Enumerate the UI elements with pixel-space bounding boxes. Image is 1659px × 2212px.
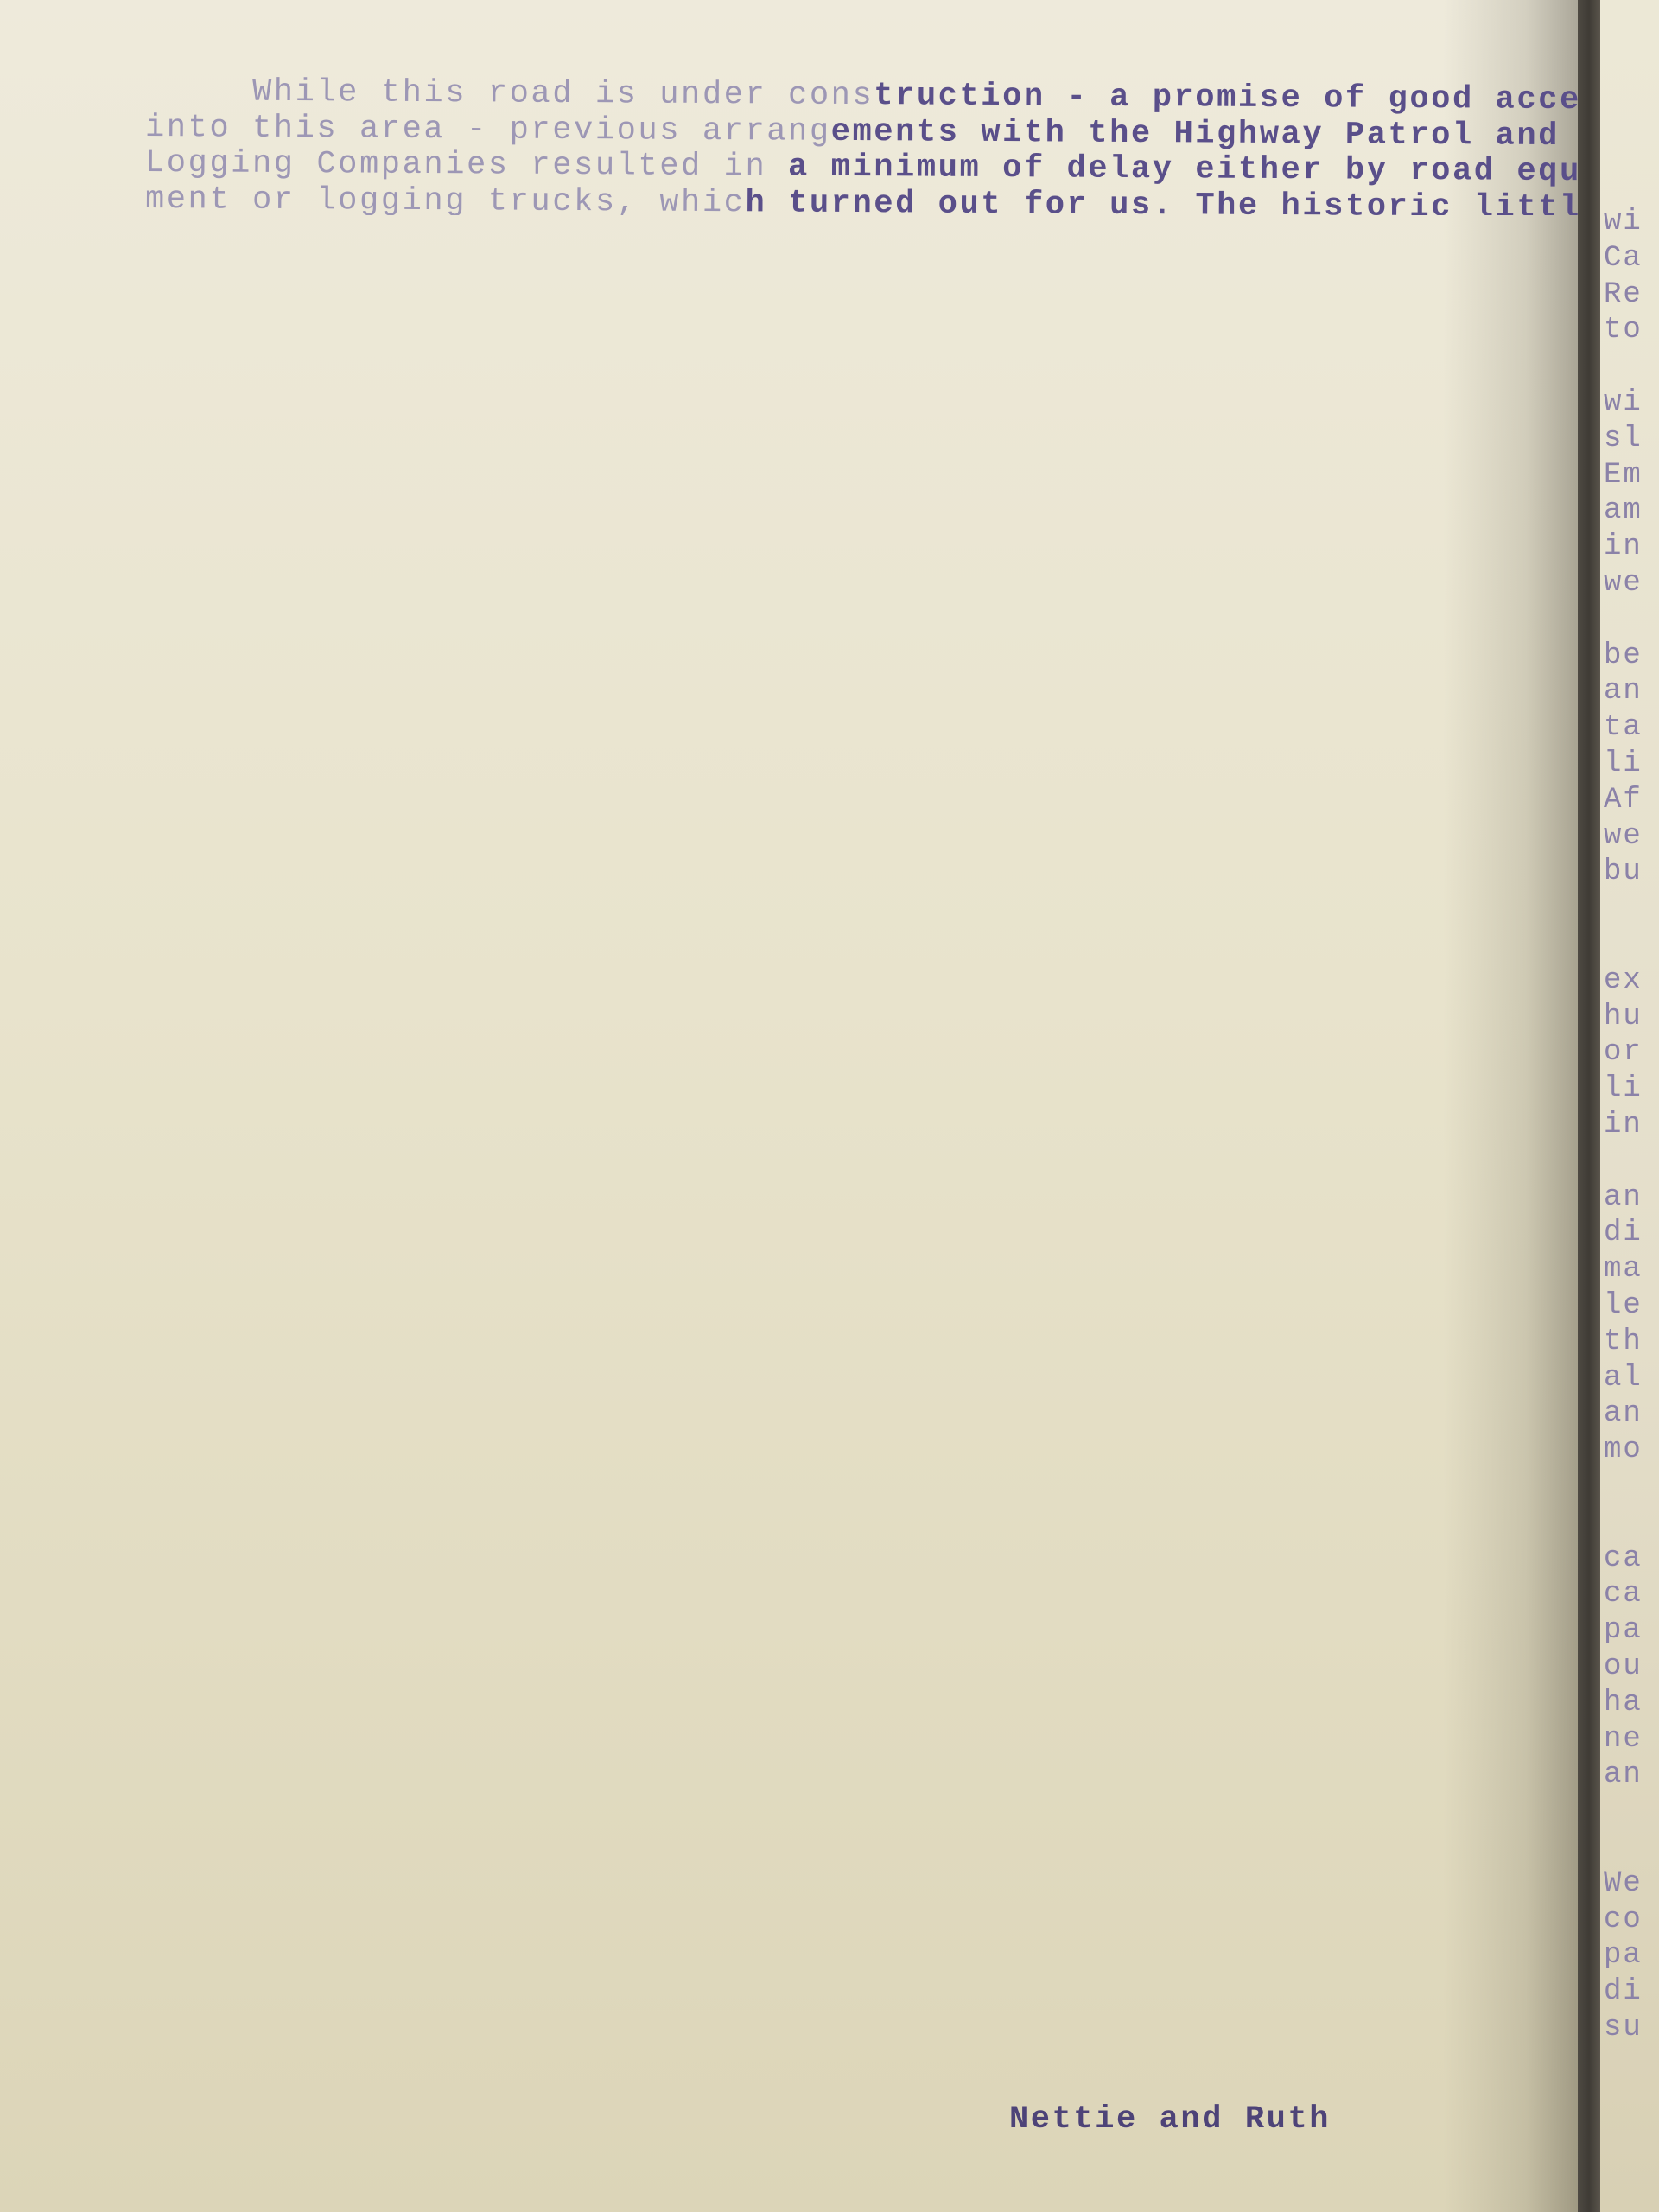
adjacent-page-line: be: [1604, 639, 1643, 672]
paragraph-road-construction: While this road is under construction - …: [145, 74, 1581, 215]
adjacent-page-line: Af: [1604, 784, 1643, 817]
adjacent-page-line: di: [1604, 1975, 1643, 2008]
adjacent-page-line: ma: [1604, 1253, 1643, 1286]
adjacent-page-line: hu: [1604, 1001, 1643, 1033]
adjacent-page-line: am: [1604, 494, 1643, 527]
adjacent-page-line: an: [1604, 1181, 1643, 1214]
signature: Nettie and Ruth: [1009, 2101, 1331, 2138]
document-body: While this road is under construction - …: [0, 0, 1581, 215]
adjacent-page-line: an: [1604, 1397, 1643, 1430]
adjacent-page-line: mo: [1604, 1433, 1643, 1466]
adjacent-page-line: an: [1604, 675, 1643, 708]
adjacent-page-line: di: [1604, 1217, 1643, 1249]
adjacent-page-line: ha: [1604, 1687, 1643, 1719]
page-gutter-fold: [1578, 0, 1600, 2212]
adjacent-page-line: we: [1604, 567, 1643, 600]
adjacent-page-line: ou: [1604, 1650, 1643, 1683]
adjacent-page-line: in: [1604, 531, 1643, 563]
adjacent-page-line: le: [1604, 1289, 1643, 1322]
adjacent-page-line: co: [1604, 1904, 1643, 1936]
adjacent-page-line: ca: [1604, 1578, 1643, 1611]
adjacent-page-line: li: [1604, 747, 1643, 780]
adjacent-page-line: an: [1604, 1758, 1643, 1791]
adjacent-page-line: ta: [1604, 711, 1643, 744]
adjacent-page-line: pa: [1604, 1939, 1643, 1972]
adjacent-page-line: We: [1604, 1867, 1643, 1900]
adjacent-page-line: to: [1604, 314, 1643, 346]
adjacent-page-line: or: [1604, 1036, 1643, 1069]
adjacent-page-line: sl: [1604, 423, 1643, 455]
adjacent-page-line: ne: [1604, 1723, 1643, 1756]
adjacent-page-line: Em: [1604, 459, 1643, 492]
adjacent-page-line: bu: [1604, 855, 1643, 888]
adjacent-page-line: al: [1604, 1362, 1643, 1395]
adjacent-page-line: li: [1604, 1072, 1643, 1105]
adjacent-page-line: in: [1604, 1109, 1643, 1141]
adjacent-page-line: ex: [1604, 964, 1643, 997]
adjacent-page-line: pa: [1604, 1614, 1643, 1647]
adjacent-page-fragment: wiCaRetowislEmaminwebeantaliAfwebuexhuor…: [1600, 0, 1659, 2212]
typewritten-page: [0, 0, 1581, 2212]
adjacent-page-line: wi: [1604, 386, 1643, 419]
adjacent-page-line: wi: [1604, 206, 1643, 238]
adjacent-page-line: Re: [1604, 278, 1643, 311]
adjacent-page-line: Ca: [1604, 242, 1643, 275]
adjacent-page-line: ca: [1604, 1542, 1643, 1575]
adjacent-page-line: th: [1604, 1325, 1643, 1358]
adjacent-page-line: su: [1604, 2012, 1643, 2044]
adjacent-page-line: we: [1604, 820, 1643, 853]
